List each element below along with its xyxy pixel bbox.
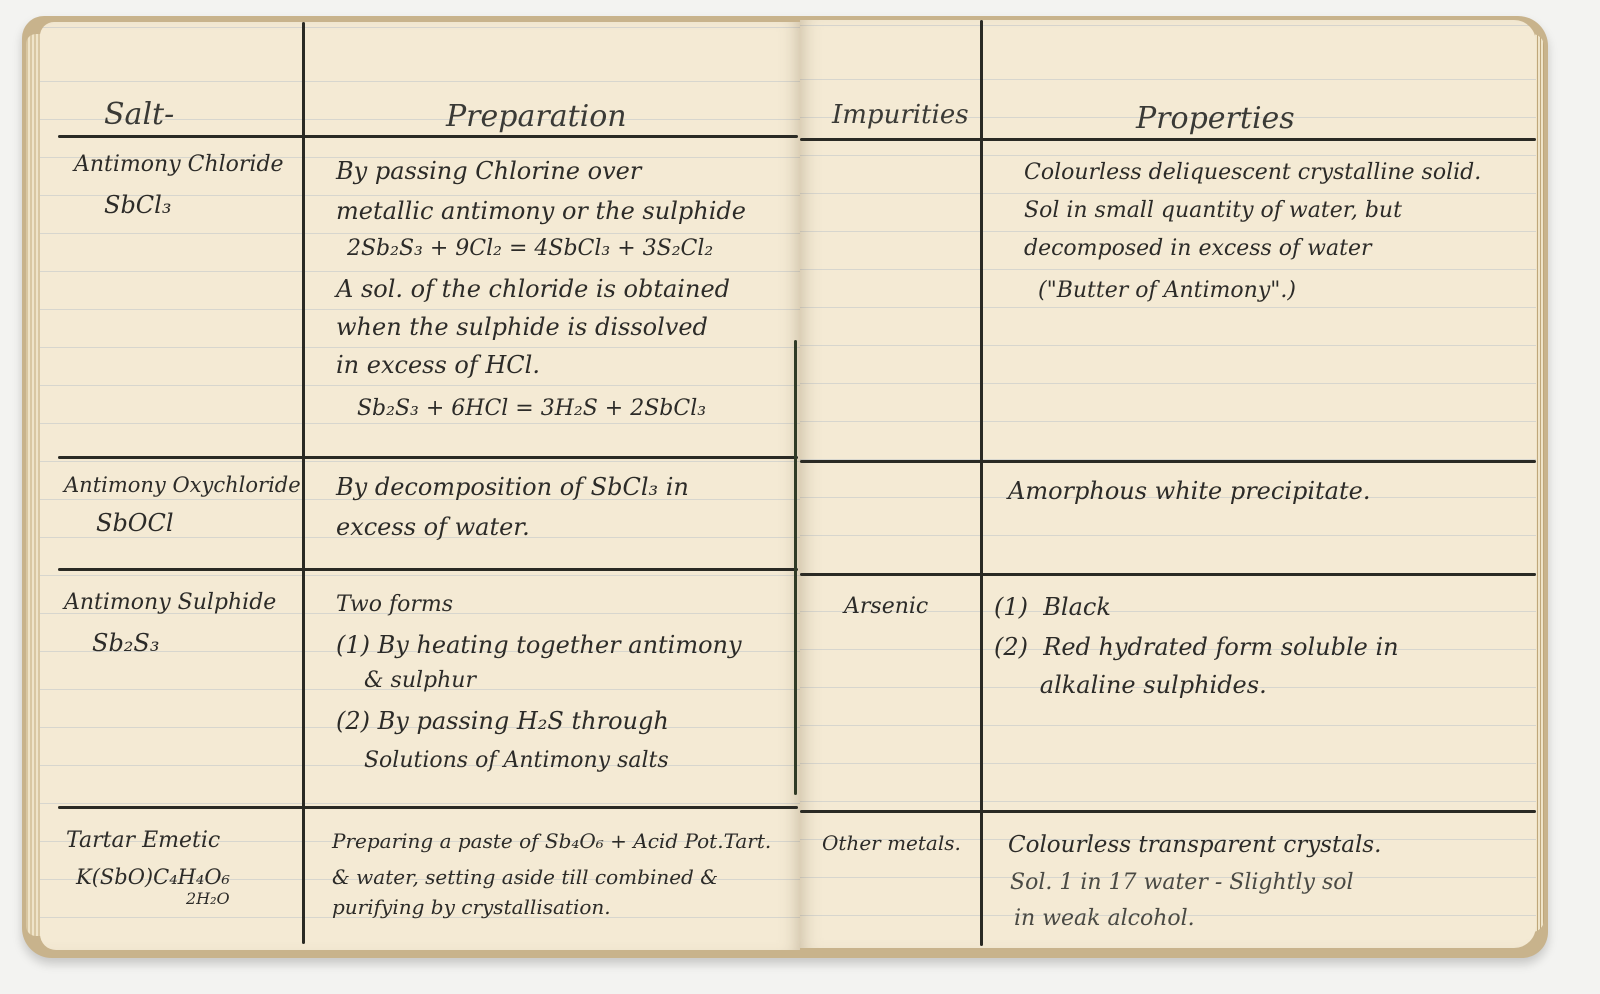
row-divider-2-right (800, 573, 1536, 576)
row1-prep-line4: A sol. of the chloride is obtained (336, 270, 730, 308)
row1-prep-line1: By passing Chlorine over (336, 152, 641, 190)
row-divider-3-left (58, 806, 798, 809)
row3-salt-name: Antimony Sulphide (64, 584, 276, 622)
row3-prop-line2: (2) Red hydrated form soluble in (994, 628, 1399, 666)
row4-prop-line1: Colourless transparent crystals. (1008, 826, 1381, 864)
row4-salt-name: Tartar Emetic (66, 822, 220, 860)
row4-impurities: Other metals. (822, 828, 961, 858)
row1-salt-formula: SbCl₃ (104, 186, 171, 224)
row4-prop-line3: in weak alcohol. (1014, 900, 1195, 938)
row2-prop-line1: Amorphous white precipitate. (1008, 472, 1370, 510)
header-salt: Salt- (104, 96, 174, 134)
row2-salt-formula: SbOCl (96, 504, 174, 542)
row1-prop-line1: Colourless deliquescent crystalline soli… (1024, 154, 1481, 192)
row3-prep-line2: (1) By heating together antimony (336, 626, 742, 664)
row1-prep-line6: in excess of HCl. (336, 346, 540, 384)
row1-prep-line5: when the sulphide is dissolved (336, 308, 708, 346)
row1-prep-line3: 2Sb₂S₃ + 9Cl₂ = 4SbCl₃ + 3S₂Cl₂ (340, 230, 713, 268)
row3-prep-line3: & sulphur (336, 662, 476, 700)
header-properties: Properties (1136, 100, 1295, 138)
row3-prop-line1: (1) Black (994, 588, 1111, 626)
row4-prep-line3: purifying by crystallisation. (332, 892, 611, 922)
row-divider-2-left (58, 568, 798, 571)
column-divider-salt-preparation (302, 22, 305, 944)
binding-string (794, 340, 797, 795)
row1-prop-line3: decomposed in excess of water (1024, 230, 1372, 268)
row-divider-1-left (58, 456, 798, 459)
row1-prop-line2: Sol in small quantity of water, but (1024, 192, 1402, 230)
row3-prep-line5: Solutions of Antimony salts (336, 742, 669, 780)
row2-prep-line2: excess of water. (336, 508, 530, 546)
row4-prep-line1: Preparing a paste of Sb₄O₆ + Acid Pot.Ta… (332, 826, 771, 856)
row3-prep-line4: (2) By passing H₂S through (336, 702, 669, 740)
row1-prep-line7: Sb₂S₃ + 6HCl = 3H₂S + 2SbCl₃ (336, 390, 706, 428)
row1-salt-name: Antimony Chloride (74, 146, 284, 184)
row3-prep-line1: Two forms (336, 586, 453, 624)
row-divider-3-right (800, 810, 1536, 813)
header-rule-left (58, 135, 798, 138)
row4-salt-hydrate: 2H₂O (186, 884, 230, 914)
row-divider-1-right (800, 460, 1536, 463)
row3-salt-formula: Sb₂S₃ (92, 624, 160, 662)
row2-salt-name: Antimony Oxychloride (64, 466, 301, 504)
row2-prep-line1: By decomposition of SbCl₃ in (336, 468, 689, 506)
row1-prep-line2: metallic antimony or the sulphide (336, 192, 746, 230)
row4-prep-line2: & water, setting aside till combined & (332, 862, 718, 892)
row1-prop-line4: ("Butter of Antimony".) (1024, 272, 1296, 310)
row3-prop-line3: alkaline sulphides. (994, 666, 1267, 704)
row4-prop-line2: Sol. 1 in 17 water - Slightly sol (1010, 864, 1354, 902)
row3-impurities: Arsenic (844, 588, 928, 626)
header-impurities: Impurities (832, 96, 969, 134)
header-preparation: Preparation (446, 98, 627, 136)
header-rule-right (800, 138, 1536, 141)
column-divider-impurities-properties (980, 20, 983, 946)
